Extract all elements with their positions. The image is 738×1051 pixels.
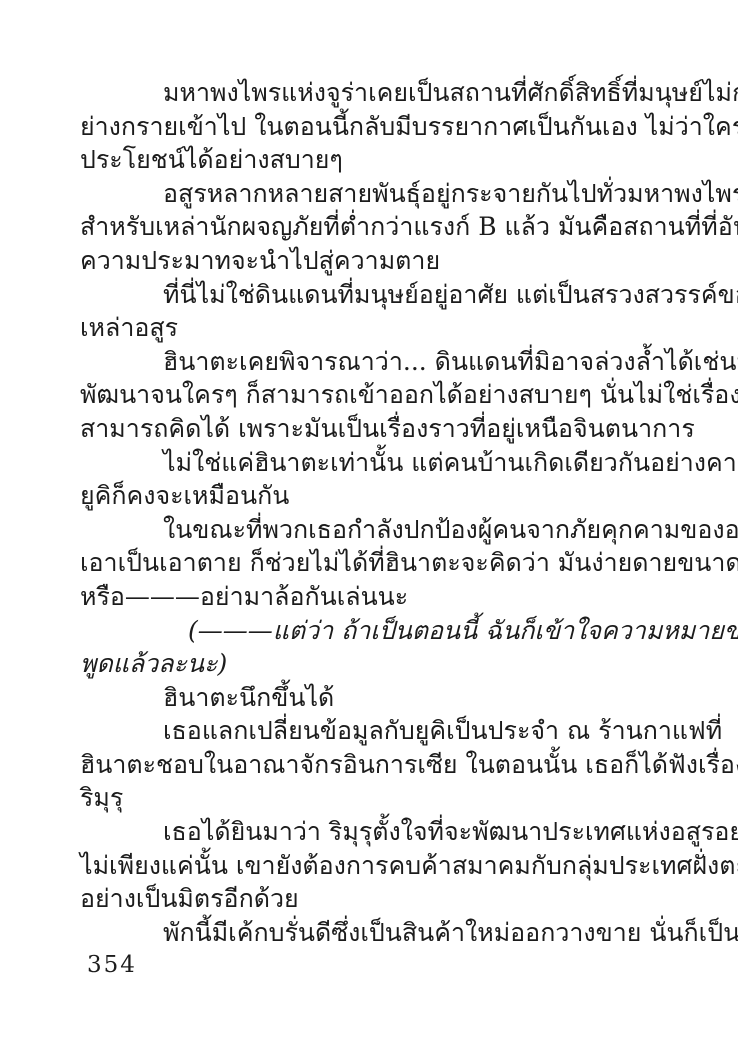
text-line: ยูคิก็คงจะเหมือนกัน	[80, 479, 692, 513]
text-line: เธอแลกเปลี่ยนข้อมูลกับยูคิเป็นประจำ ณ ร้…	[80, 714, 692, 748]
inner-thought-line: พูดแล้วละนะ)	[80, 647, 692, 681]
book-page: มหาพงไพรแห่งจูร่าเคยเป็นสถานที่ศักดิ์สิท…	[0, 0, 738, 1051]
text-line: สำหรับเหล่านักผจญภัยที่ต่ำกว่าแรงก์ B แล…	[80, 210, 692, 244]
text-line: มหาพงไพรแห่งจูร่าเคยเป็นสถานที่ศักดิ์สิท…	[80, 76, 692, 110]
text-line: ย่างกรายเข้าไป ในตอนนี้กลับมีบรรยากาศเป็…	[80, 110, 692, 144]
text-line: ที่นี่ไม่ใช่ดินแดนที่มนุษย์อยู่อาศัย แต่…	[80, 278, 692, 312]
text-line: สามารถคิดได้ เพราะมันเป็นเรื่องราวที่อยู…	[80, 412, 692, 446]
text-line: ประโยชน์ได้อย่างสบายๆ	[80, 143, 692, 177]
text-line: ฮินาตะชอบในอาณาจักรอินการเซีย ในตอนนั้น …	[80, 748, 692, 782]
text-line: ไม่เพียงแค่นั้น เขายังต้องการคบค้าสมาคมก…	[80, 849, 692, 883]
text-line: ฮินาตะเคยพิจารณาว่า... ดินแดนที่มิอาจล่ว…	[80, 345, 692, 379]
text-line: อสูรหลากหลายสายพันธุ์อยู่กระจายกันไปทั่ว…	[80, 177, 692, 211]
inner-thought-line: (———แต่ว่า ถ้าเป็นตอนนี้ ฉันก็เข้าใจความ…	[80, 614, 692, 648]
text-line: ไม่ใช่แค่ฮินาตะเท่านั้น แต่คนบ้านเกิดเดี…	[80, 446, 692, 480]
text-line: ความประมาทจะนำไปสู่ความตาย	[80, 244, 692, 278]
text-line: ฮินาตะนึกขึ้นได้	[80, 681, 692, 715]
text-line: หรือ———อย่ามาล้อกันเล่นนะ	[80, 580, 692, 614]
text-line: เอาเป็นเอาตาย ก็ช่วยไม่ได้ที่ฮินาตะจะคิด…	[80, 546, 692, 580]
text-line: พัฒนาจนใครๆ ก็สามารถเข้าออกได้อย่างสบายๆ…	[80, 378, 692, 412]
text-line: เหล่าอสูร	[80, 311, 692, 345]
text-line: เธอได้ยินมาว่า ริมุรุตั้งใจที่จะพัฒนาประ…	[80, 815, 692, 849]
body-text: มหาพงไพรแห่งจูร่าเคยเป็นสถานที่ศักดิ์สิท…	[80, 76, 692, 949]
text-line: พักนี้มีเค้กบรั่นดีซึ่งเป็นสินค้าใหม่ออก…	[80, 916, 692, 950]
text-line: ริมุรุ	[80, 781, 692, 815]
page-number: 354	[87, 952, 137, 978]
text-line: อย่างเป็นมิตรอีกด้วย	[80, 882, 692, 916]
text-line: ในขณะที่พวกเธอกำลังปกป้องผู้คนจากภัยคุกค…	[80, 513, 692, 547]
